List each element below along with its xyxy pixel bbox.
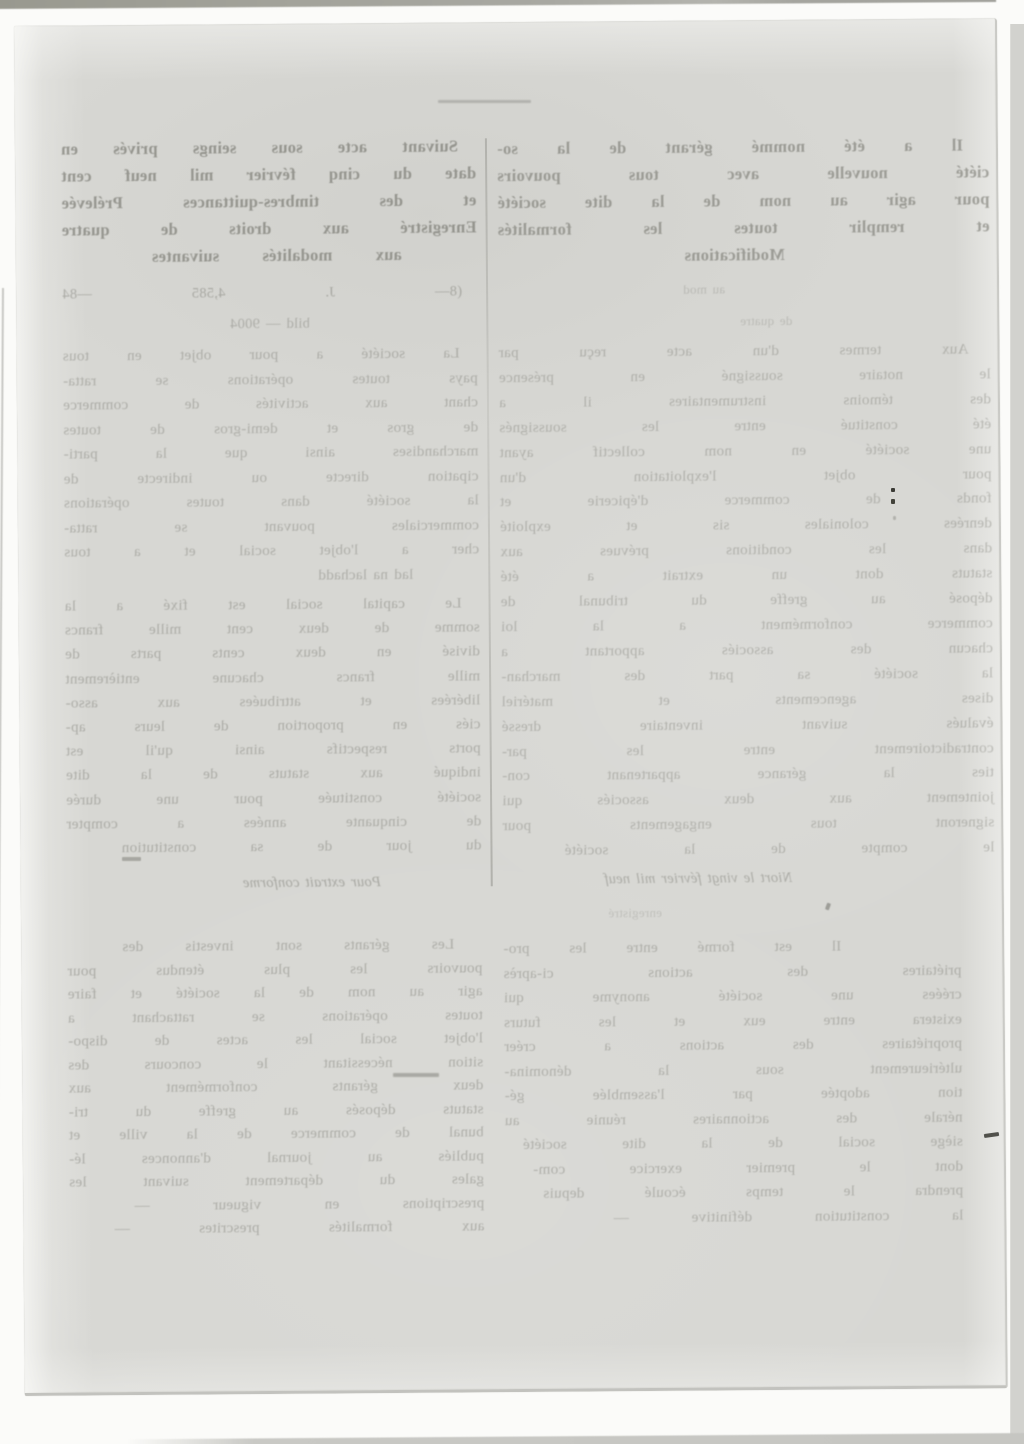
bleedthrough-line: (8— J. 4,585 —84 — [62, 276, 462, 310]
bleedthrough-block-right-signature: Niort le vingt février mil neuf — [533, 867, 864, 890]
bleedthrough-line: fonds de commerce d'épicerie et — [500, 487, 992, 516]
bleedthrough-line: ciété nouvelle avec tous pouvoirs — [497, 158, 989, 189]
bleedthrough-line: des témoins instrumentaires il a — [499, 387, 991, 416]
bleedthrough-line: au mod — [655, 273, 725, 306]
bleedthrough-line: Enregistré aux droits de quatre — [61, 213, 476, 243]
column-divider-bleed — [485, 138, 493, 886]
bleedthrough-line: siège social de la dite société — [523, 1130, 963, 1158]
bleedthrough-line: commerciales pouvant se ratta- — [64, 513, 479, 541]
bleedthrough-line: pour objet l'exploitation d'un — [499, 462, 991, 491]
bleedthrough-line: Niort le vingt février mil neuf — [533, 867, 864, 890]
bleedthrough-line: chacun des associés apportant a — [501, 636, 993, 665]
bleedthrough-line: publiés au journal d'annonces lé- — [69, 1144, 484, 1171]
bleedthrough-line: jointement aux deux associés qui — [502, 786, 994, 815]
bleedthrough-line: la constitution définitive — — [613, 1203, 963, 1230]
bleedthrough-line: prescriptions en vigueur — — [134, 1191, 484, 1217]
bleedthrough-line: Pour extrait conforme — [197, 872, 427, 894]
bleedthrough-line: indiqué aux statuts de la dite — [66, 761, 481, 788]
equals-dash-bleed — [122, 857, 141, 861]
bleedthrough-line: tion adoptée par l'assemblée gé- — [504, 1081, 962, 1109]
bleedthrough-block-right-line-faint: enregistré — [512, 905, 662, 922]
bleedthrough-line: le notaire soussigné en présence — [499, 362, 991, 391]
bleedthrough-line: ultérieurement sous la dénomina- — [504, 1056, 962, 1084]
bleedthrough-line: Les gérants sont investis des — [122, 933, 454, 959]
bleedthrough-line: date du cinq février mil neuf cent — [61, 159, 476, 189]
bleedthrough-line: lad na lachadd — [273, 562, 413, 588]
bleedthrough-line: Il a été nommé gérant de la so- — [497, 131, 989, 162]
bleedthrough-block-left-signature: Pour extrait conforme — [197, 872, 427, 894]
bleedthrough-line: pouvoirs les plus étendus pour — [67, 956, 482, 983]
bleedthrough-line: cher a l'objet social et a tous — [64, 537, 479, 565]
bleedthrough-line: et remplir toutes les formalités — [498, 212, 990, 243]
bleedthrough-line: denrées coloniales sis et exploité — [500, 512, 992, 541]
bleedthrough-block-right-citation-faint: au modde quatre — [498, 271, 990, 339]
bleedthrough-line: chant aux activités de commerce — [63, 390, 478, 418]
bleedthrough-line: la société dans toutes opérations — [64, 488, 479, 516]
bleedthrough-line: marchandises ainsi que la parti- — [63, 439, 478, 467]
bleedthrough-block-left-intro: Suivant acte sous seings privés endate d… — [61, 132, 477, 270]
bleedthrough-line: de gros et demi-gros de toutes — [63, 415, 478, 443]
bleedthrough-line: le compte de la société — [564, 835, 994, 863]
bleedthrough-block-right-para-1: Aux termes d'un acte reçu parle notaire … — [498, 337, 994, 864]
bleedthrough-line: pays toutes opérations se ratta- — [63, 366, 478, 394]
bleedthrough-line: dans les conditions prévues aux — [500, 537, 992, 566]
bleedthrough-line: aux formalités prescrites — — [114, 1214, 484, 1240]
bleedthrough-line: contradictoirement entre les par- — [502, 736, 994, 765]
scanned-page-image: Suivant acte sous seings privés endate d… — [0, 0, 1024, 1444]
bleedthrough-line: divisé en deux cents parts de — [65, 640, 480, 667]
bleedthrough-line: propriétaires des actions a créer — [504, 1032, 962, 1060]
bleedthrough-line: bunal de commerce de la ville et — [69, 1120, 484, 1147]
bleedthrough-line: nérale des actionnaires réunie au — [505, 1105, 963, 1133]
bleedthrough-line: agir au nom de la société et faire — [68, 979, 483, 1006]
bleedthrough-line: gales du département suivant les — [69, 1167, 484, 1194]
bleedthrough-line: société constituée pour une durée — [66, 785, 481, 812]
bleedthrough-line: dont le premier exercice com- — [533, 1154, 963, 1182]
bleedthrough-line: créées une société anonyme qui — [504, 983, 962, 1011]
bleedthrough-line: statuts déposés au greffe du tri- — [68, 1097, 483, 1124]
bleedthrough-line: dises agencements et matériel — [501, 686, 993, 715]
bleedthrough-line: pour agir au nom de la dite société — [497, 185, 989, 216]
bleedthrough-line: et des timbres-quittances Prélevée — [61, 186, 476, 216]
bleedthrough-line: Le capital social est fixé a la — [64, 591, 479, 618]
bleedthrough-line: cipation directe ou indirecte de — [63, 464, 478, 492]
bleedthrough-block-left-para-1: La société a pour objet en touspays tout… — [63, 341, 480, 589]
bleedthrough-line: existera entre eux et les futurs — [504, 1007, 962, 1035]
colon-smudge — [893, 516, 896, 520]
bleedthrough-block-right-intro: Il a été nommé gérant de la so-ciété nou… — [497, 131, 990, 270]
bleedthrough-line: Aux termes d'un acte reçu par — [498, 337, 990, 366]
bleedthrough-line: mille francs chacune entièrement — [65, 664, 480, 691]
bleedthrough-line: deux gérants conformément aux — [68, 1073, 483, 1100]
bleedthrough-line: Suivant acte sous seings privés en — [61, 132, 476, 162]
bleedthrough-line: statuts dont un extrait a été — [500, 561, 992, 590]
bleedthrough-line: ties la gérance appartenant con- — [502, 761, 994, 790]
bleedthrough-line: été constitué entre les soussignés — [499, 412, 991, 441]
bleedthrough-line: priétaires des actions ci-après — [503, 958, 961, 986]
bleedthrough-line: de quatre — [679, 305, 792, 338]
bleedthrough-line: La société a pour objet en tous — [63, 341, 478, 369]
bleedthrough-line: toutes opérations se rattachant a — [68, 1003, 483, 1030]
bleedthrough-line: prendra le temps écoulé depuis — [543, 1179, 963, 1207]
bleedthrough-line: signeront tous engagements pour — [502, 811, 994, 840]
bleedthrough-line: commerce conformément a la loi — [501, 611, 993, 640]
scan-edge-right-strip — [1010, 24, 1024, 1444]
bleedthrough-line: évalués suivant inventaire dressé — [501, 711, 993, 740]
bleedthrough-line: du jour de sa constitution — [121, 833, 481, 860]
scan-edge-top-band — [0, 0, 996, 9]
page: Suivant acte sous seings privés endate d… — [14, 18, 1008, 1396]
bleedthrough-block-left-citation: (8— J. 4,585 —84bild — 9004 — [62, 276, 477, 341]
bleedthrough-line: enregistré — [512, 905, 662, 922]
bleedthrough-block-right-para-2: Il est formé entre les pro-priétaires de… — [503, 934, 963, 1232]
bleedthrough-block-left-para-3: Les gérants sont investis despouvoirs le… — [67, 932, 484, 1241]
bleedthrough-line: aux modalités suivantes — [152, 241, 402, 270]
bleedthrough-line: l'objet social les actes de dispo- — [68, 1026, 483, 1053]
bleedthrough-line: de cinquante années a compter — [66, 809, 481, 836]
bleedthrough-line: Modifications — [659, 241, 785, 269]
bleedthrough-line: libérées et attribuées aux asso- — [65, 688, 480, 715]
bleedthrough-line: somme de deux cent mille francs — [65, 616, 480, 643]
scan-edge-left-line — [0, 288, 4, 1430]
bleedthrough-line: bild — 9004 — [62, 307, 477, 341]
scan-edge-bottom-bar — [128, 1433, 1024, 1444]
bleedthrough-line: une société en nom collectif ayant — [499, 437, 991, 466]
bleedthrough-line: ports respectifs ainsi qu'il est — [66, 737, 481, 764]
bleedthrough-line: ciés en proportion de leurs ap- — [65, 712, 480, 739]
em-dash-bleed — [393, 1073, 439, 1077]
colon-dot-upper — [891, 488, 895, 492]
bleedthrough-line: déposé au greffe du tribunal de — [500, 586, 992, 615]
bleedthrough-block-left-para-2: Le capital social est fixé a lasomme de … — [64, 591, 481, 860]
header-rule-bleed — [438, 100, 531, 103]
bleedthrough-line: Il est formé entre les pro- — [503, 935, 841, 962]
colon-dot-lower — [891, 499, 895, 504]
bleedthrough-line: la société sa part des marchan- — [501, 661, 993, 690]
